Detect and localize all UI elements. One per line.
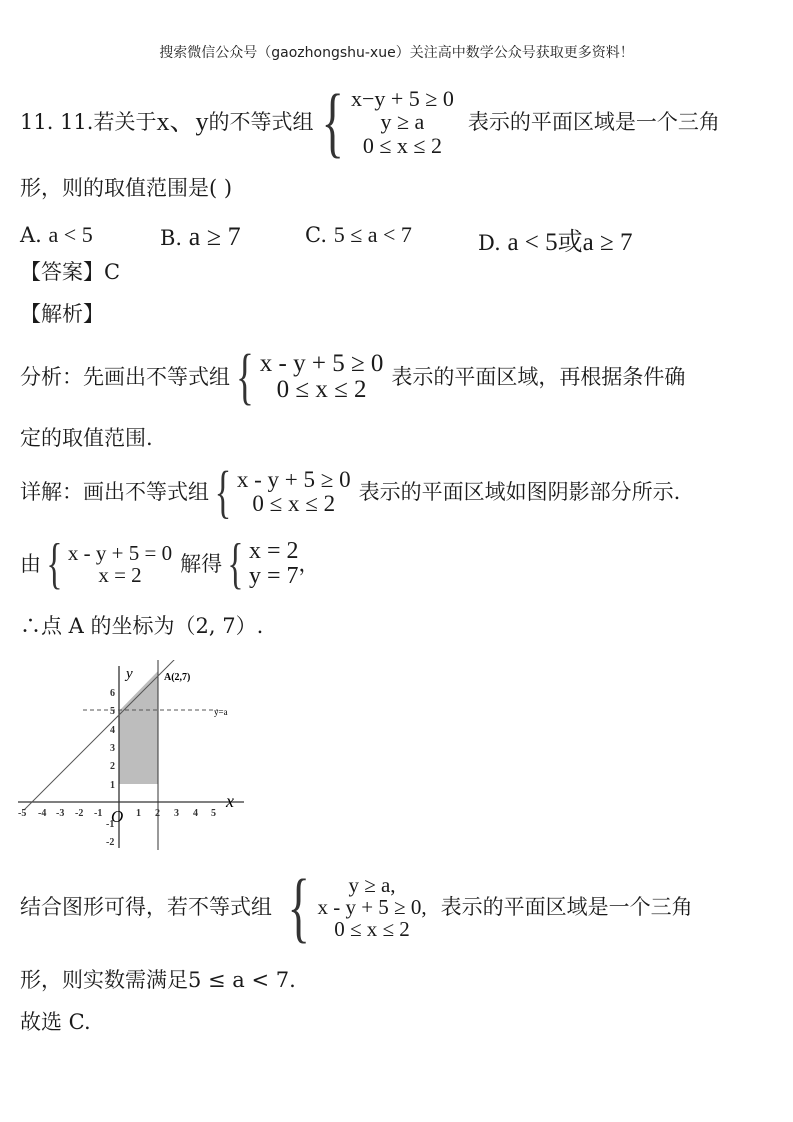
svg-text:x: x (225, 791, 234, 811)
svg-text:y: y (124, 666, 133, 682)
solve-result: { x = 2 y = 7 (222, 536, 298, 592)
svg-text:-3: -3 (56, 808, 64, 819)
conclusion-system: { y ≥ a, x - y + 5 ≥ 0, 0 ≤ x ≤ 2 (280, 868, 427, 946)
option-d: D. a < 5或a ≥ 7 (478, 222, 632, 258)
svg-text:-1: -1 (94, 808, 102, 819)
option-c: C. 5 ≤ a < 7 (305, 222, 412, 248)
svg-text:3: 3 (110, 743, 115, 754)
svg-text:-2: -2 (106, 837, 114, 848)
svg-text:5: 5 (211, 808, 216, 819)
brace-icon: { (215, 463, 232, 521)
detail-system: { x - y + 5 ≥ 0 0 ≤ x ≤ 2 (209, 463, 351, 521)
question-suffix: 表示的平面区域是一个三角 (468, 112, 720, 133)
point-a-text: ∴点 A 的坐标为（2, 7）. (20, 616, 263, 637)
question-mid: 的不等式组 (209, 112, 314, 133)
svg-text:6: 6 (110, 688, 115, 699)
brace-icon: { (321, 83, 343, 161)
svg-text:2: 2 (155, 808, 160, 819)
svg-text:-4: -4 (38, 808, 46, 819)
system-row: x−y + 5 ≥ 0 (351, 87, 454, 110)
svg-text:y=a: y=a (214, 707, 228, 717)
svg-text:A(2,7): A(2,7) (164, 672, 190, 683)
final-answer: 故选 C. (20, 1012, 91, 1033)
question-number: 11. 11. (20, 112, 93, 133)
brace-icon: { (236, 346, 254, 408)
conclusion-line-1: 结合图形可得，若不等式组 { y ≥ a, x - y + 5 ≥ 0, 0 ≤… (20, 866, 693, 948)
option-a: A. a < 5 (20, 222, 93, 248)
svg-text:1: 1 (136, 808, 141, 819)
answer: 【答案】C (20, 262, 120, 283)
svg-text:-1: -1 (106, 819, 114, 830)
option-b: B. a ≥ 7 (160, 222, 241, 252)
brace-icon: { (287, 868, 309, 946)
svg-text:-5: -5 (18, 808, 26, 819)
question-system: { x−y + 5 ≥ 0 y ≥ a 0 ≤ x ≤ 2 (314, 83, 454, 161)
analysis-line-2: 定的取值范围. (20, 428, 153, 449)
analysis-line-1: 分析：先画出不等式组 { x - y + 5 ≥ 0 0 ≤ x ≤ 2 表示的… (20, 345, 685, 409)
solve-line: 由 { x - y + 5 = 0 x = 2 解得 { x = 2 y = 7… (20, 534, 320, 594)
svg-text:5: 5 (110, 706, 115, 717)
svg-text:1: 1 (110, 780, 115, 791)
svg-text:-2: -2 (75, 808, 83, 819)
analysis-system: { x - y + 5 ≥ 0 0 ≤ x ≤ 2 (230, 346, 383, 408)
brace-icon: { (46, 536, 62, 592)
question-prefix: 若关于 (93, 112, 156, 133)
brace-icon: { (227, 536, 243, 592)
question-vars: x、y (156, 109, 208, 135)
conclusion-line-2: 形，则实数需满足5 ≤ a < 7. (20, 970, 296, 991)
svg-text:4: 4 (110, 725, 115, 736)
svg-text:4: 4 (193, 808, 198, 819)
svg-text:3: 3 (174, 808, 179, 819)
coordinate-graph: y x O A(2,7) y=a -5 -4 -3 -2 -1 1 2 3 4 … (18, 660, 248, 850)
question-line-1: 11. 11. 若关于 x、y 的不等式组 { x−y + 5 ≥ 0 y ≥ … (20, 82, 720, 162)
solve-system: { x - y + 5 = 0 x = 2 (41, 536, 172, 592)
question-line-2: 形，则的取值范围是( ) (20, 178, 232, 199)
detail-line: 详解：画出不等式组 { x - y + 5 ≥ 0 0 ≤ x ≤ 2 表示的平… (20, 462, 680, 522)
watermark-banner: 搜索微信公众号（gaozhongshu-xue）关注高中数学公众号获取更多资料！ (0, 42, 793, 62)
system-row: y ≥ a (351, 110, 454, 133)
system-row: 0 ≤ x ≤ 2 (351, 134, 454, 157)
svg-text:2: 2 (110, 761, 115, 772)
analysis-tag: 【解析】 (20, 304, 104, 325)
